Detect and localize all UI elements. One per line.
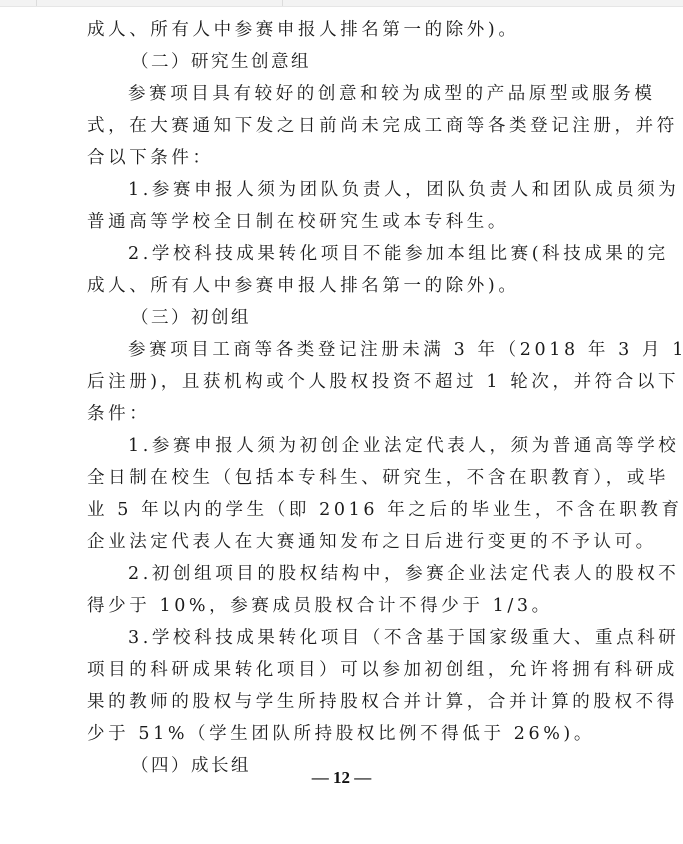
text-line-continuation: 式，在大赛通知下发之日前尚未完成工商等各类登记注册，并符 — [87, 110, 605, 142]
list-item-line: 2.初创组项目的股权结构中，参赛企业法定代表人的股权不 — [87, 558, 605, 590]
list-item-line: 1.参赛申报人须为初创企业法定代表人，须为普通高等学校 — [87, 430, 605, 462]
text-line-continuation: 企业法定代表人在大赛通知发布之日后进行变更的不予认可。 — [87, 526, 605, 558]
band-divider — [36, 0, 37, 6]
list-item-line: 1.参赛申报人须为团队负责人，团队负责人和团队成员须为 — [87, 174, 605, 206]
paragraph-line: 参赛项目具有较好的创意和较为成型的产品原型或服务模 — [87, 78, 605, 110]
text-line-continuation: 项目的科研成果转化项目）可以参加初创组，允许将拥有科研成 — [87, 654, 605, 686]
paragraph-line: 参赛项目工商等各类登记注册未满 3 年（2018 年 3 月 1 日 — [87, 334, 605, 366]
document-page: 成人、所有人中参赛申报人排名第一的除外)。 （二）研究生创意组 参赛项目具有较好… — [87, 14, 605, 782]
text-line-continuation: 成人、所有人中参赛申报人排名第一的除外)。 — [87, 270, 605, 302]
text-line-continuation: 少于 51%（学生团队所持股权比例不得低于 26%)。 — [87, 718, 605, 750]
text-line-continuation: 业 5 年以内的学生（即 2016 年之后的毕业生，不含在职教育）。 — [87, 494, 605, 526]
viewer-top-band — [0, 0, 683, 7]
text-line-continuation: 成人、所有人中参赛申报人排名第一的除外)。 — [87, 14, 605, 46]
text-line-continuation: 合以下条件： — [87, 142, 605, 174]
text-line-continuation: 得少于 10%，参赛成员股权合计不得少于 1/3。 — [87, 590, 605, 622]
page-number: — 12 — — [0, 768, 683, 788]
section-heading-graduate-creative: （二）研究生创意组 — [87, 46, 605, 78]
text-line-continuation: 全日制在校生（包括本专科生、研究生，不含在职教育），或毕 — [87, 462, 605, 494]
list-item-line: 3.学校科技成果转化项目（不含基于国家级重大、重点科研 — [87, 622, 605, 654]
text-line-continuation: 条件： — [87, 398, 605, 430]
text-line-continuation: 果的教师的股权与学生所持股权合并计算，合并计算的股权不得 — [87, 686, 605, 718]
band-divider — [282, 0, 283, 6]
text-line-continuation: 普通高等学校全日制在校研究生或本专科生。 — [87, 206, 605, 238]
section-heading-startup: （三）初创组 — [87, 302, 605, 334]
text-line-continuation: 后注册)，且获机构或个人股权投资不超过 1 轮次，并符合以下 — [87, 366, 605, 398]
list-item-line: 2.学校科技成果转化项目不能参加本组比赛(科技成果的完 — [87, 238, 605, 270]
